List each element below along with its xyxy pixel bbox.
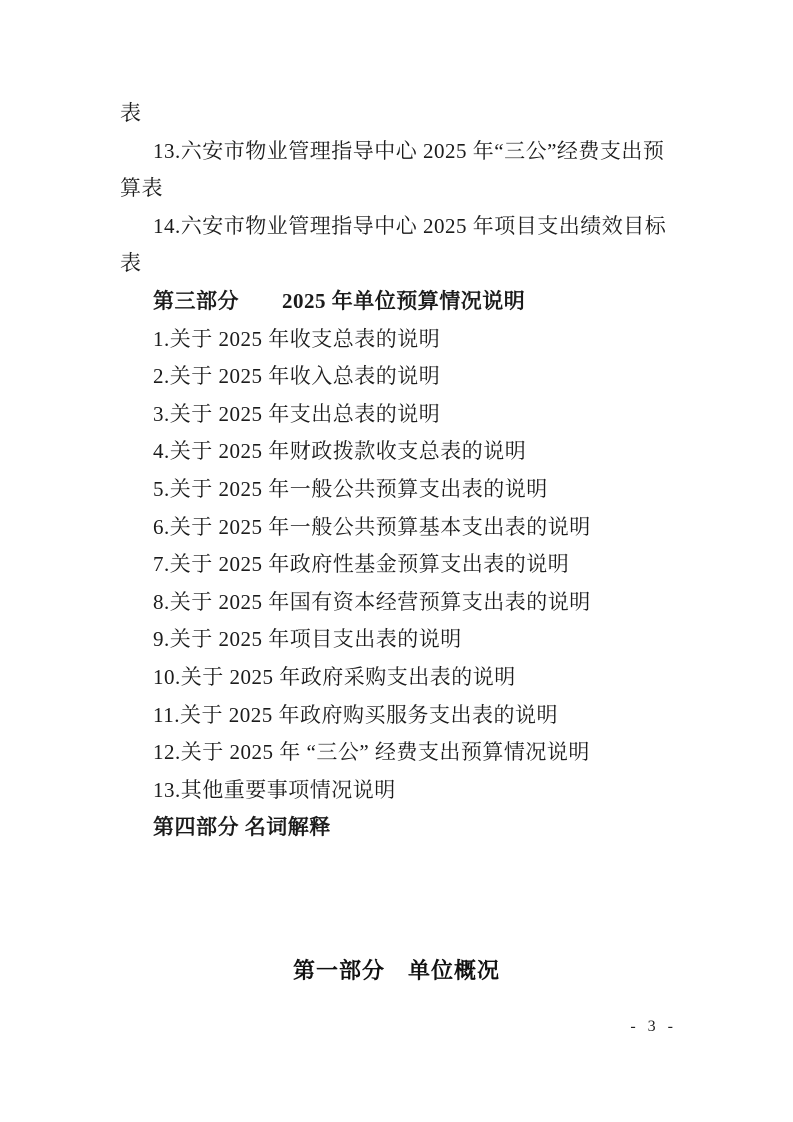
part3-item-13: 13.其他重要事项情况说明: [120, 772, 680, 810]
part3-item-7: 7.关于 2025 年政府性基金预算支出表的说明: [120, 546, 680, 584]
toc-item-12-continuation: 表: [120, 95, 680, 133]
page-number: - 3 -: [630, 1016, 677, 1038]
part3-item-4: 4.关于 2025 年财政拨款收支总表的说明: [120, 433, 680, 471]
part3-item-5: 5.关于 2025 年一般公共预算支出表的说明: [120, 471, 680, 509]
part3-item-3: 3.关于 2025 年支出总表的说明: [120, 396, 680, 434]
part3-item-10: 10.关于 2025 年政府采购支出表的说明: [120, 659, 680, 697]
part4-heading: 第四部分 名词解释: [120, 809, 680, 847]
part3-item-11: 11.关于 2025 年政府购买服务支出表的说明: [120, 697, 680, 735]
document-page: 表 13.六安市物业管理指导中心 2025 年“三公”经费支出预 算表 14.六…: [0, 0, 793, 1122]
part3-item-12: 12.关于 2025 年 “三公” 经费支出预算情况说明: [120, 734, 680, 772]
table-of-contents: 表 13.六安市物业管理指导中心 2025 年“三公”经费支出预 算表 14.六…: [120, 95, 680, 847]
toc-item-14-continuation: 表: [120, 245, 680, 283]
toc-item-13-continuation: 算表: [120, 170, 680, 208]
part3-item-6: 6.关于 2025 年一般公共预算基本支出表的说明: [120, 509, 680, 547]
part3-heading: 第三部分 2025 年单位预算情况说明: [120, 283, 680, 321]
part3-item-1: 1.关于 2025 年收支总表的说明: [120, 321, 680, 359]
toc-item-14: 14.六安市物业管理指导中心 2025 年项目支出绩效目标: [120, 208, 680, 246]
part3-item-8: 8.关于 2025 年国有资本经营预算支出表的说明: [120, 584, 680, 622]
part3-item-9: 9.关于 2025 年项目支出表的说明: [120, 621, 680, 659]
toc-item-13: 13.六安市物业管理指导中心 2025 年“三公”经费支出预: [120, 133, 680, 171]
part3-item-2: 2.关于 2025 年收入总表的说明: [120, 358, 680, 396]
part1-section-title: 第一部分 单位概况: [0, 956, 793, 986]
